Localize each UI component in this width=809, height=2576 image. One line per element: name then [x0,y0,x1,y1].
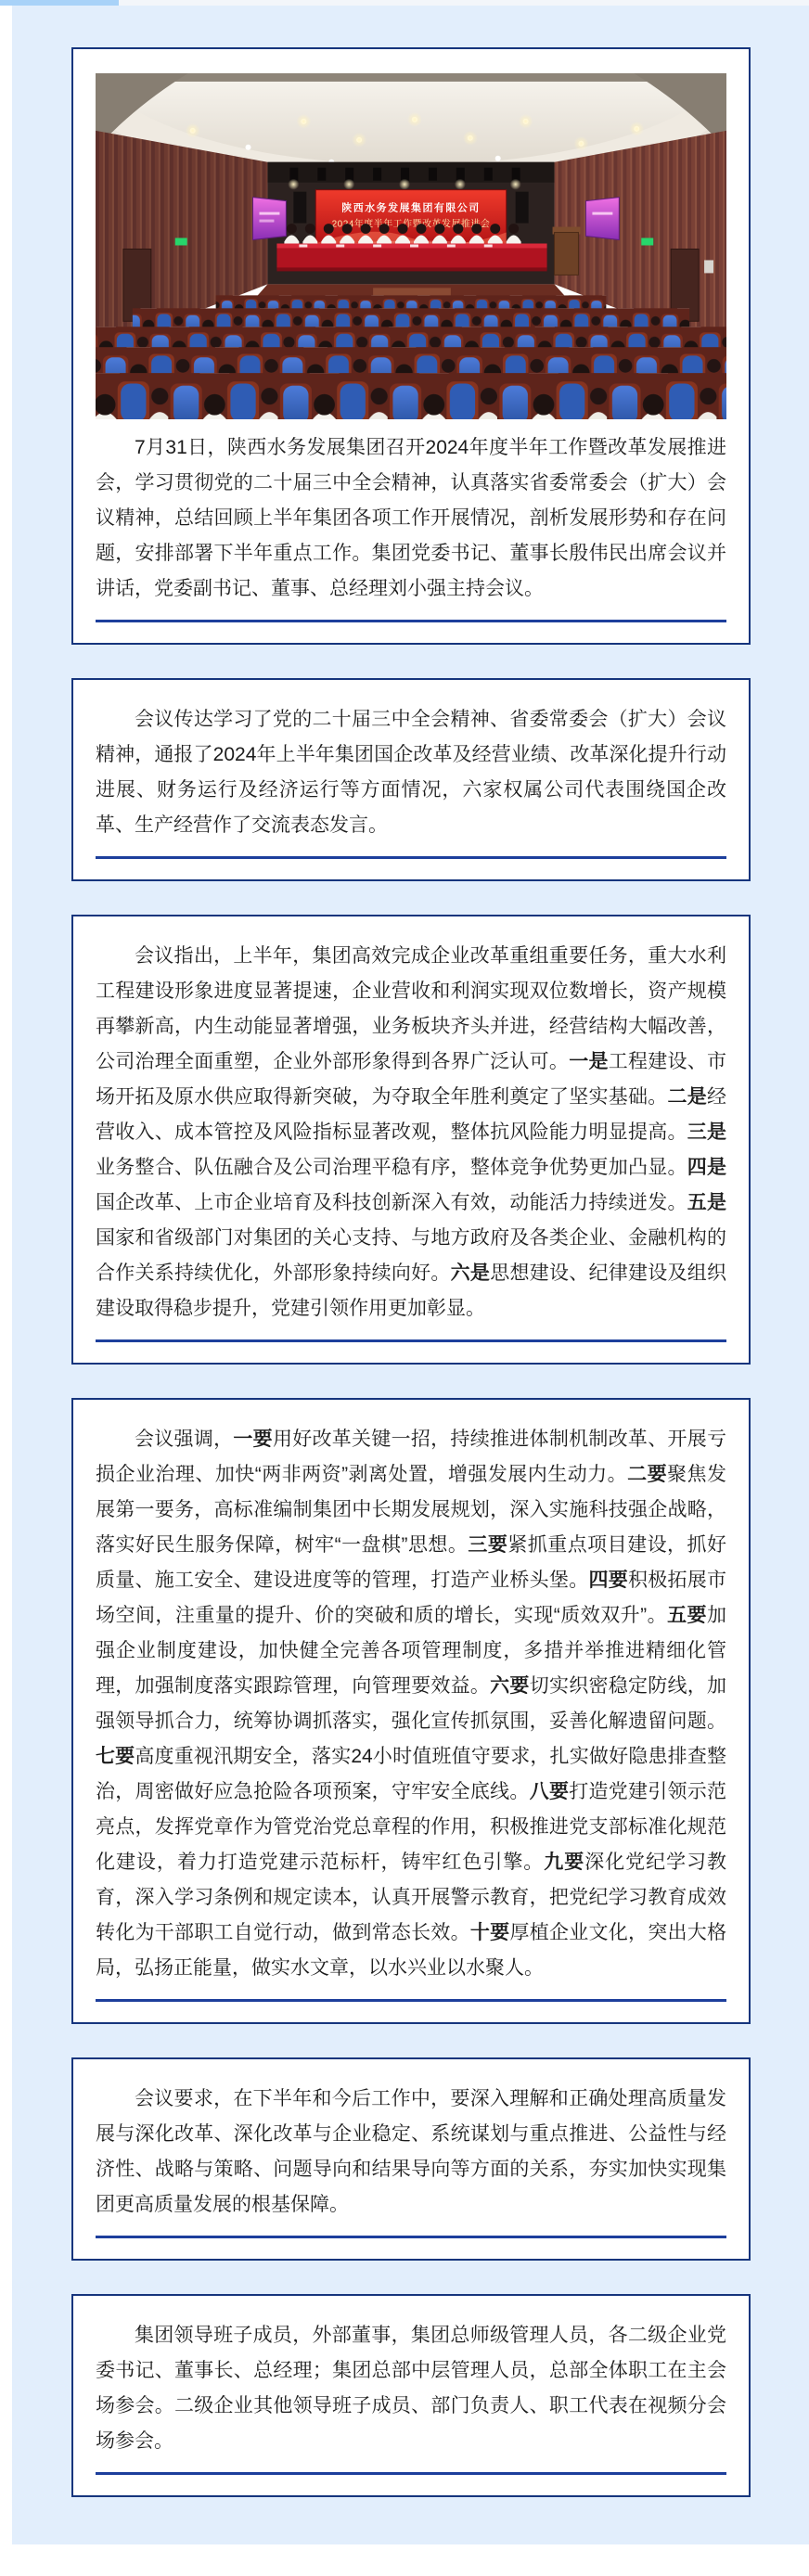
card-divider [96,856,726,859]
paragraph-emphasized: 会议强调，一要用好改革关键一招，持续推进体制机制改革、开展亏损企业治理、加快“两… [96,1422,726,1986]
card-divider [96,2236,726,2238]
card-divider [96,2472,726,2475]
card-divider [96,1999,726,2002]
card-divider [96,620,726,622]
screen-title-line1: 陕西水务发展集团有限公司 [341,201,480,214]
article-content: 陕西水务发展集团有限公司 2024年度半年工作暨改革发展推进会 [71,47,751,2497]
content-card-pointed-out: 会议指出，上半年，集团高效完成企业改革重组重要任务，重大水利工程建设形象进度显著… [71,915,751,1365]
content-card-conveyed: 会议传达学习了党的二十届三中全会精神、省委常委会（扩大）会议精神，通报了2024… [71,678,751,881]
paragraph-required: 会议要求，在下半年和今后工作中，要深入理解和正确处理高质量发展与深化改革、深化改… [96,2082,726,2223]
paragraph-pointed-out: 会议指出，上半年，集团高效完成企业改革重组重要任务，重大水利工程建设形象进度显著… [96,939,726,1326]
content-card-required: 会议要求，在下半年和今后工作中，要深入理解和正确处理高质量发展与深化改革、深化改… [71,2057,751,2261]
paragraph-attendees: 集团领导班子成员，外部董事，集团总师级管理人员，各二级企业党委书记、董事长、总经… [96,2318,726,2459]
content-card-emphasized: 会议强调，一要用好改革关键一招，持续推进体制机制改革、开展亏损企业治理、加快“两… [71,1398,751,2024]
content-card-intro: 陕西水务发展集团有限公司 2024年度半年工作暨改革发展推进会 [71,47,751,645]
screen-title-line2: 2024年度半年工作暨改革发展推进会 [332,218,491,230]
paragraph-conveyed: 会议传达学习了党的二十届三中全会精神、省委常委会（扩大）会议精神，通报了2024… [96,702,726,843]
photo-audience [96,295,726,419]
article-page: { "colors": { "page_background": "#e2eef… [0,0,809,2576]
card-divider [96,1339,726,1342]
conference-photo: 陕西水务发展集团有限公司 2024年度半年工作暨改革发展推进会 [96,73,726,419]
paragraph-intro: 7月31日，陕西水务发展集团召开2024年度半年工作暨改革发展推进会，学习贯彻党… [96,430,726,607]
content-card-attendees: 集团领导班子成员，外部董事，集团总师级管理人员，各二级企业党委书记、董事长、总经… [71,2294,751,2497]
